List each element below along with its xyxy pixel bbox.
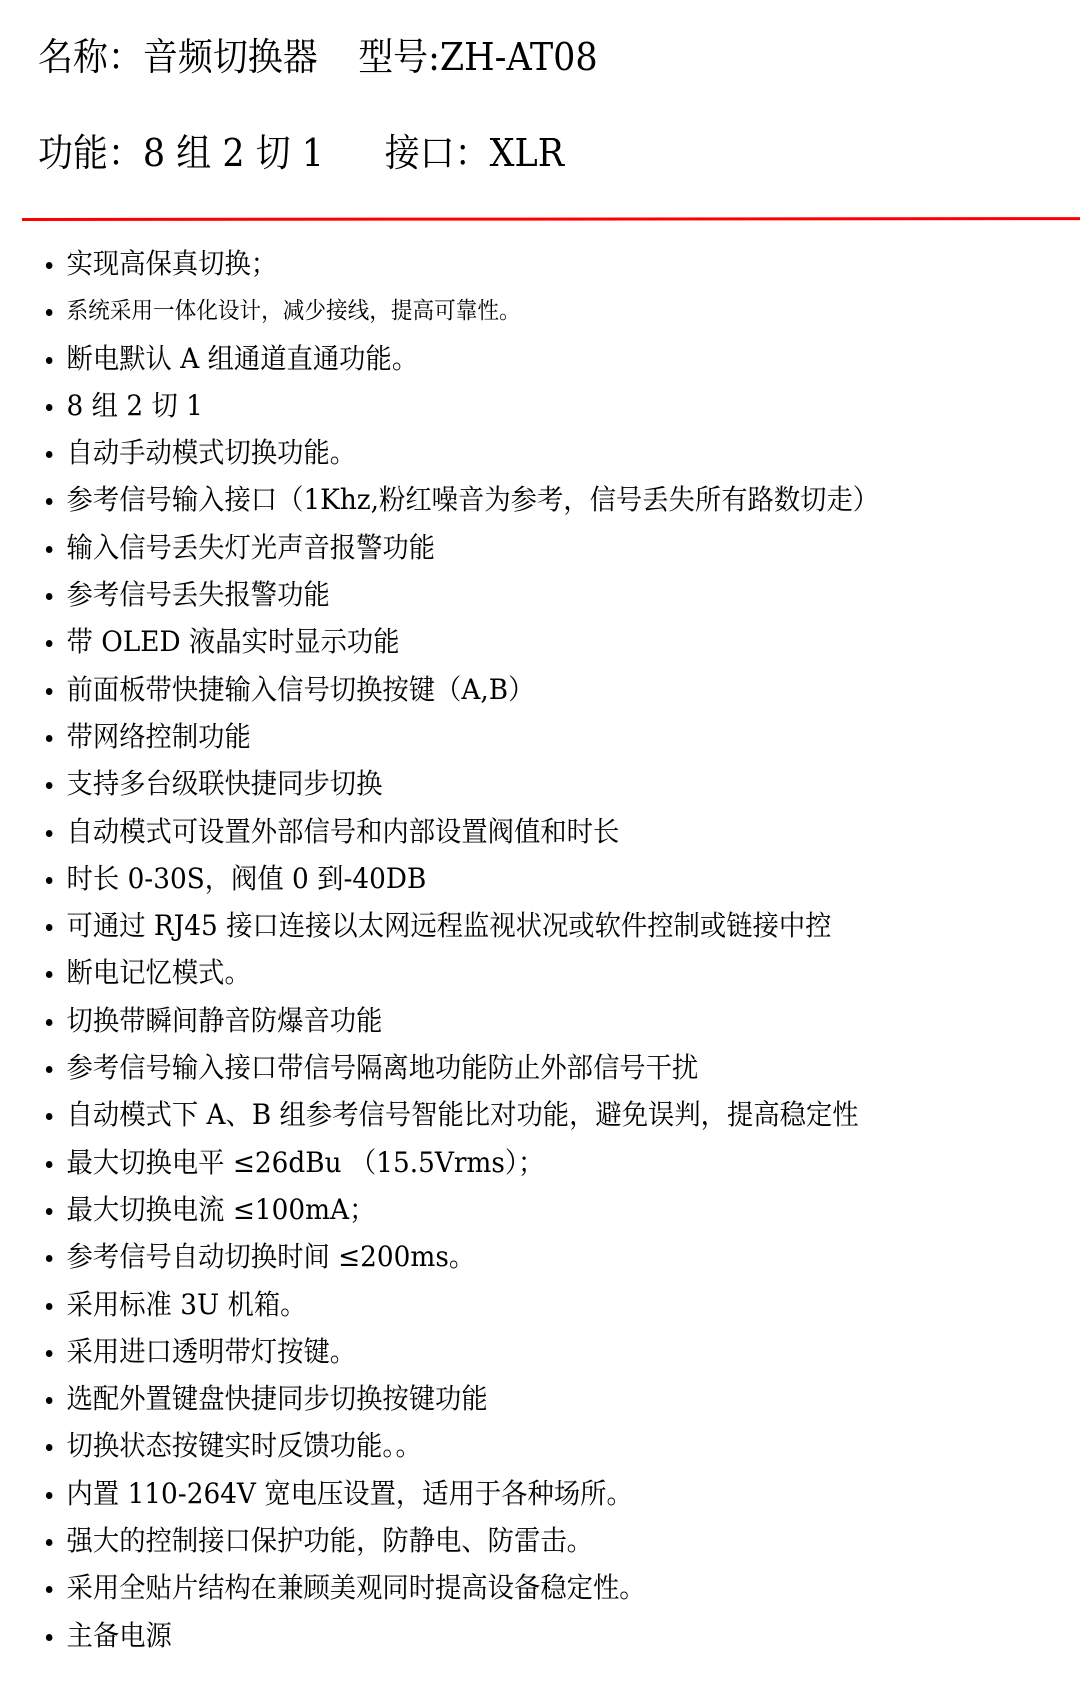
bullet-icon — [46, 1397, 53, 1404]
feature-item: 输入信号丢失灯光声音报警功能 — [44, 531, 879, 578]
feature-text: 8 组 2 切 1 — [67, 389, 203, 422]
feature-item: 参考信号输入接口（1Khz,粉红噪音为参考，信号丢失所有路数切走） — [44, 483, 879, 530]
bullet-icon — [46, 404, 53, 411]
feature-item: 时长 0-30S，阀值 0 到-40DB — [44, 862, 879, 909]
feature-item: 最大切换电平 ≤26dBu （15.5Vrms）； — [44, 1146, 879, 1193]
feature-text: 采用全贴片结构在兼顾美观同时提高设备稳定性。 — [67, 1571, 646, 1604]
feature-text: 时长 0-30S，阀值 0 到-40DB — [67, 862, 427, 895]
feature-item: 切换带瞬间静音防爆音功能 — [44, 1004, 879, 1051]
bullet-icon — [46, 1113, 53, 1120]
header-row-name-model: 名称：音频切换器型号:ZH-AT08 — [38, 34, 598, 80]
feature-item: 参考信号丢失报警功能 — [44, 578, 879, 625]
bullet-icon — [46, 1208, 53, 1215]
bullet-icon — [46, 1303, 53, 1310]
bullet-icon — [46, 1255, 53, 1262]
feature-item: 实现高保真切换； — [44, 247, 879, 294]
feature-item: 采用全贴片结构在兼顾美观同时提高设备稳定性。 — [44, 1571, 879, 1618]
interface-value: XLR — [490, 131, 564, 175]
feature-text: 自动模式下 A、B 组参考信号智能比对功能，避免误判，提高稳定性 — [67, 1098, 859, 1131]
bullet-icon — [46, 640, 53, 647]
bullet-icon — [46, 877, 53, 884]
feature-item: 支持多台级联快捷同步切换 — [44, 767, 879, 814]
feature-text: 带 OLED 液晶实时显示功能 — [67, 625, 400, 658]
feature-text: 最大切换电平 ≤26dBu （15.5Vrms）； — [67, 1146, 545, 1179]
feature-item: 可通过 RJ45 接口连接以太网远程监视状况或软件控制或链接中控 — [44, 909, 879, 956]
feature-item: 主备电源 — [44, 1619, 879, 1666]
feature-text: 系统采用一体化设计，减少接线，提高可靠性。 — [67, 298, 521, 324]
feature-item: 强大的控制接口保护功能，防静电、防雷击。 — [44, 1524, 879, 1571]
bullet-icon — [46, 1161, 53, 1168]
model-label: 型号: — [358, 35, 440, 79]
bullet-icon — [46, 782, 53, 789]
bullet-icon — [46, 546, 53, 553]
feature-text: 实现高保真切换； — [67, 247, 278, 280]
feature-text: 前面板带快捷输入信号切换按键（A,B） — [67, 673, 535, 706]
feature-item: 自动手动模式切换功能。 — [44, 436, 879, 483]
bullet-icon — [46, 1066, 53, 1073]
feature-item: 切换状态按键实时反馈功能。。 — [44, 1429, 879, 1476]
feature-item: 采用进口透明带灯按键。 — [44, 1335, 879, 1382]
interface-label: 接口： — [385, 131, 490, 175]
feature-item: 参考信号自动切换时间 ≤200ms。 — [44, 1240, 879, 1287]
feature-text: 采用进口透明带灯按键。 — [67, 1335, 357, 1368]
feature-text: 强大的控制接口保护功能，防静电、防雷击。 — [67, 1524, 593, 1557]
feature-item: 最大切换电流 ≤100mA； — [44, 1193, 879, 1240]
bullet-icon — [46, 1492, 53, 1499]
bullet-icon — [46, 1019, 53, 1026]
feature-item: 自动模式下 A、B 组参考信号智能比对功能，避免误判，提高稳定性 — [44, 1098, 879, 1145]
feature-text: 参考信号自动切换时间 ≤200ms。 — [67, 1240, 476, 1273]
feature-text: 切换带瞬间静音防爆音功能 — [67, 1004, 383, 1037]
bullet-icon — [46, 1444, 53, 1451]
function-label: 功能： — [38, 131, 143, 175]
bullet-icon — [46, 971, 53, 978]
feature-item: 8 组 2 切 1 — [44, 389, 879, 436]
bullet-icon — [46, 357, 53, 364]
bullet-icon — [46, 451, 53, 458]
feature-text: 自动模式可设置外部信号和内部设置阀值和时长 — [67, 815, 620, 848]
feature-text: 断电记忆模式。 — [67, 956, 251, 989]
bullet-icon — [46, 1586, 53, 1593]
bullet-icon — [46, 593, 53, 600]
feature-item: 参考信号输入接口带信号隔离地功能防止外部信号干扰 — [44, 1051, 879, 1098]
feature-text: 参考信号输入接口带信号隔离地功能防止外部信号干扰 — [67, 1051, 699, 1084]
feature-item: 前面板带快捷输入信号切换按键（A,B） — [44, 673, 879, 720]
bullet-icon — [46, 1634, 53, 1641]
bullet-icon — [46, 688, 53, 695]
feature-text: 参考信号丢失报警功能 — [67, 578, 330, 611]
feature-text: 选配外置键盘快捷同步切换按键功能 — [67, 1382, 488, 1415]
feature-text: 输入信号丢失灯光声音报警功能 — [67, 531, 435, 564]
feature-item: 自动模式可设置外部信号和内部设置阀值和时长 — [44, 815, 879, 862]
feature-item: 选配外置键盘快捷同步切换按键功能 — [44, 1382, 879, 1429]
feature-item: 带 OLED 液晶实时显示功能 — [44, 625, 879, 672]
feature-item: 内置 110-264V 宽电压设置，适用于各种场所。 — [44, 1477, 879, 1524]
bullet-icon — [46, 498, 53, 505]
bullet-icon — [46, 924, 53, 931]
feature-item: 带网络控制功能 — [44, 720, 879, 767]
feature-text: 支持多台级联快捷同步切换 — [67, 767, 383, 800]
feature-text: 主备电源 — [67, 1619, 172, 1652]
feature-item: 系统采用一体化设计，减少接线，提高可靠性。 — [44, 294, 879, 341]
feature-list: 实现高保真切换； 系统采用一体化设计，减少接线，提高可靠性。 断电默认 A 组通… — [44, 247, 932, 1666]
feature-text: 参考信号输入接口（1Khz,粉红噪音为参考，信号丢失所有路数切走） — [67, 483, 880, 516]
product-name-label: 名称： — [38, 35, 143, 79]
feature-text: 最大切换电流 ≤100mA； — [67, 1193, 376, 1226]
bullet-icon — [46, 1539, 53, 1546]
header-row-function-interface: 功能：8 组 2 切 1接口：XLR — [38, 130, 564, 176]
feature-text: 内置 110-264V 宽电压设置，适用于各种场所。 — [67, 1477, 633, 1510]
feature-text: 自动手动模式切换功能。 — [67, 436, 357, 469]
product-name-value: 音频切换器 — [143, 35, 318, 79]
function-value: 8 组 2 切 1 — [143, 131, 324, 175]
feature-text: 带网络控制功能 — [67, 720, 251, 753]
feature-text: 断电默认 A 组通道直通功能。 — [67, 342, 419, 375]
feature-item: 断电默认 A 组通道直通功能。 — [44, 342, 879, 389]
bullet-icon — [46, 262, 53, 269]
bullet-icon — [46, 830, 53, 837]
feature-item: 采用标准 3U 机箱。 — [44, 1288, 879, 1335]
bullet-icon — [46, 735, 53, 742]
model-value: ZH-AT08 — [440, 35, 598, 79]
feature-text: 切换状态按键实时反馈功能。。 — [67, 1429, 422, 1462]
bullet-icon — [46, 309, 53, 316]
feature-text: 采用标准 3U 机箱。 — [67, 1288, 307, 1321]
red-divider — [22, 217, 1080, 221]
feature-item: 断电记忆模式。 — [44, 956, 879, 1003]
feature-text: 可通过 RJ45 接口连接以太网远程监视状况或软件控制或链接中控 — [67, 909, 832, 942]
bullet-icon — [46, 1350, 53, 1357]
